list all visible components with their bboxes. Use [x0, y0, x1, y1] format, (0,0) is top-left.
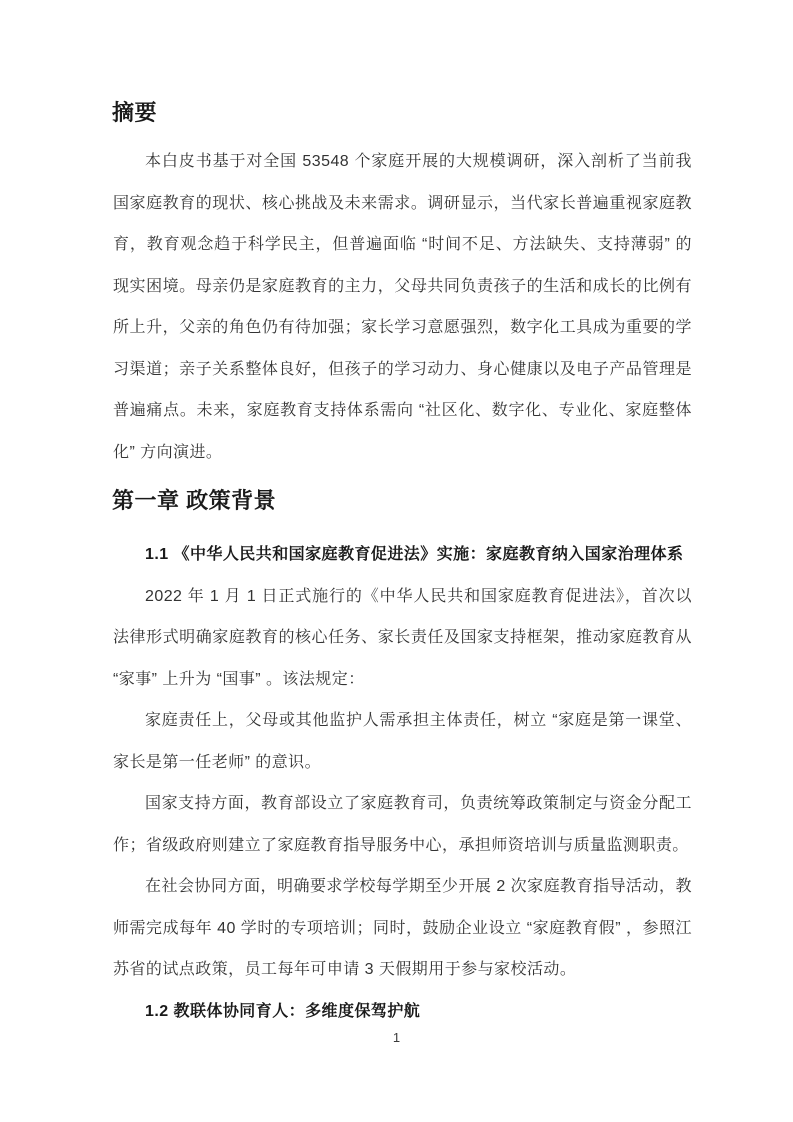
chapter-1-title: 第一章 政策背景 — [112, 487, 276, 515]
section-1-2-heading: 1.2 教联体协同育人：多维度保驾护航 — [113, 991, 692, 1033]
page-number: 1 — [0, 1029, 793, 1047]
abstract-section: 本白皮书基于对全国 53548 个家庭开展的大规模调研，深入剖析了当前我国家庭教… — [113, 141, 692, 473]
chapter-1-content: 1.1 《中华人民共和国家庭教育促进法》实施：家庭教育纳入国家治理体系 2022… — [113, 534, 692, 1032]
abstract-paragraph: 本白皮书基于对全国 53548 个家庭开展的大规模调研，深入剖析了当前我国家庭教… — [113, 141, 692, 473]
section-1-1-heading: 1.1 《中华人民共和国家庭教育促进法》实施：家庭教育纳入国家治理体系 — [113, 534, 692, 576]
document-page: 摘要 本白皮书基于对全国 53548 个家庭开展的大规模调研，深入剖析了当前我国… — [0, 0, 793, 1122]
section-1-1-paragraph-1: 2022 年 1 月 1 日正式施行的《中华人民共和国家庭教育促进法》，首次以法… — [113, 576, 692, 701]
section-1-1-paragraph-2: 家庭责任上，父母或其他监护人需承担主体责任，树立 “家庭是第一课堂、家长是第一任… — [113, 700, 692, 783]
abstract-title: 摘要 — [112, 99, 157, 127]
section-1-1-paragraph-4: 在社会协同方面，明确要求学校每学期至少开展 2 次家庭教育指导活动，教师需完成每… — [113, 866, 692, 991]
section-1-1-paragraph-3: 国家支持方面，教育部设立了家庭教育司，负责统筹政策制定与资金分配工作；省级政府则… — [113, 783, 692, 866]
